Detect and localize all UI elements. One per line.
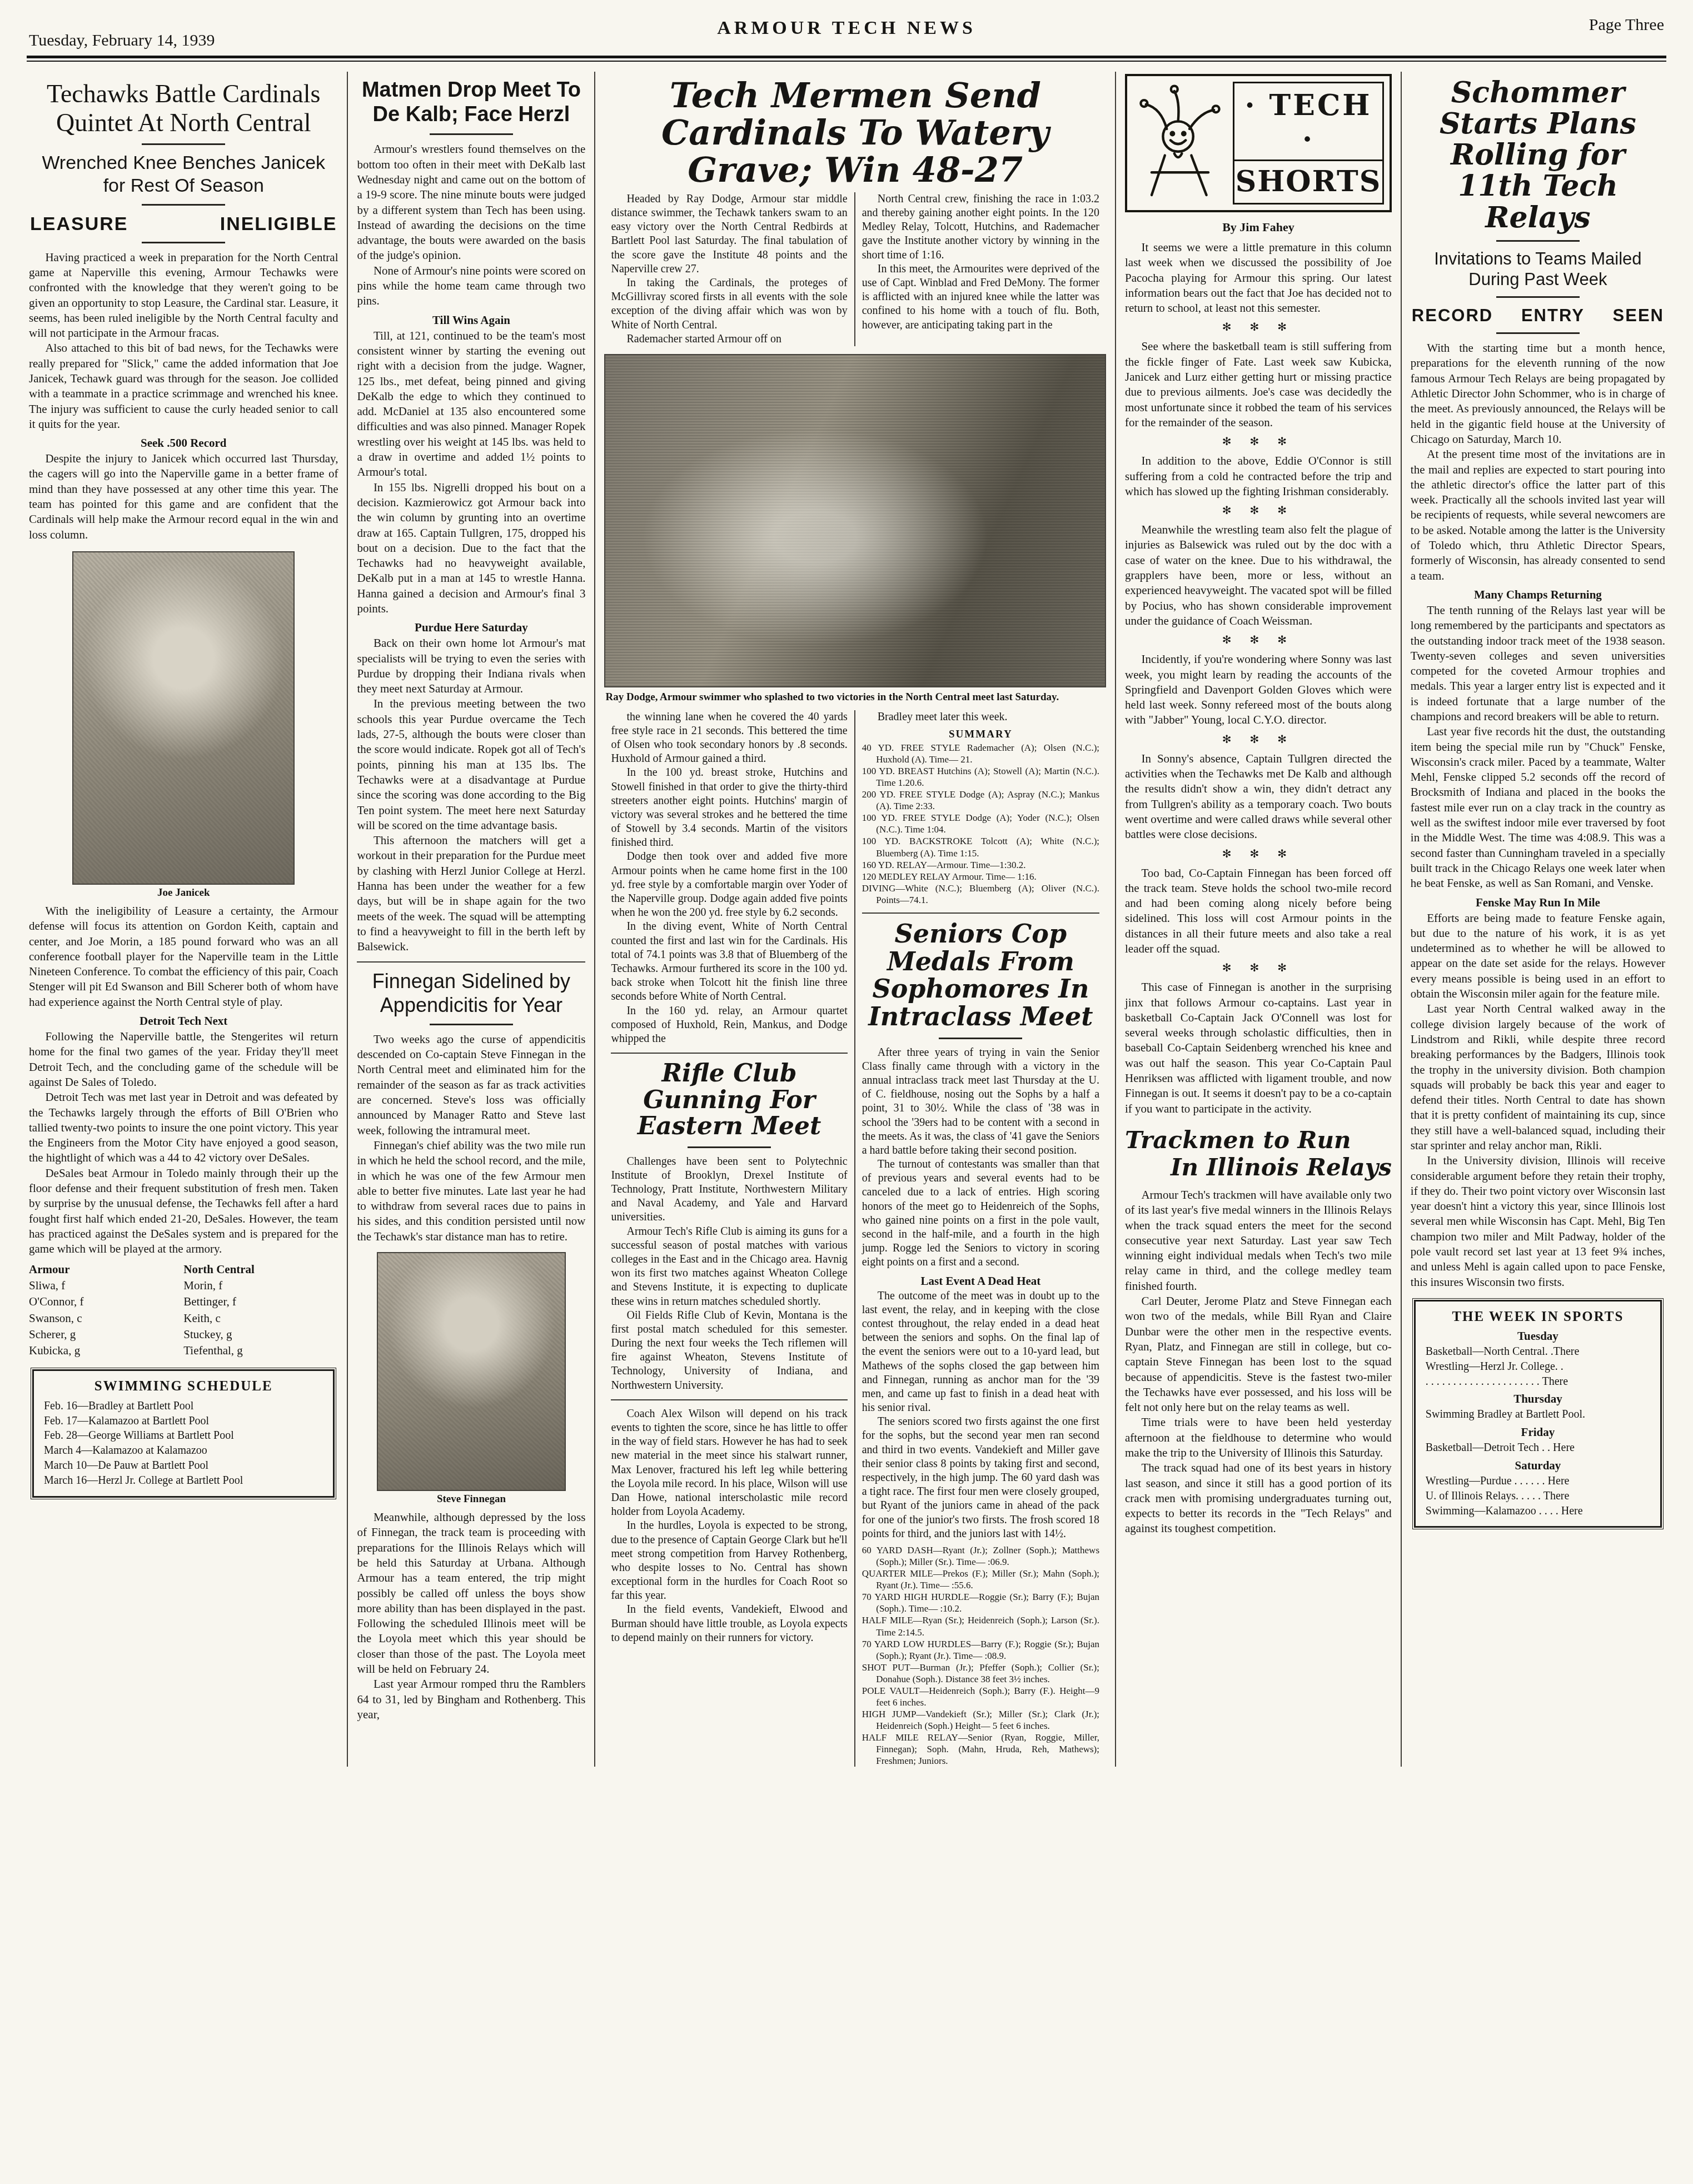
result-line: HALF MILE RELAY—Senior (Ryan, Roggie, Mi… xyxy=(862,1732,1099,1767)
lineup-home-header: Armour xyxy=(29,1261,183,1278)
swim-photo-caption: Ray Dodge, Armour swimmer who splashed t… xyxy=(605,691,1105,705)
paragraph: In the diving event, White of North Cent… xyxy=(611,920,847,1004)
basketball-body: Following the Naperville battle, the Ste… xyxy=(29,1029,338,1256)
paragraph: With the ineligibility of Leasure a cert… xyxy=(29,904,338,1010)
paragraph: The track squad had one of its best year… xyxy=(1125,1460,1392,1536)
paragraph: In the 160 yd. relay, an Armour quartet … xyxy=(611,1004,847,1046)
paragraph: Last year five records hit the dust, the… xyxy=(1411,724,1665,891)
rule xyxy=(142,242,225,243)
basketball-deck: Wrenched Knee Benches Janicek for Rest O… xyxy=(29,152,338,197)
shorts-body: It seems we were a little premature in t… xyxy=(1125,240,1392,1116)
trackmen-headline-line1: Trackmen to Run xyxy=(1125,1126,1392,1154)
lineup-row-cell: O'Connor, f xyxy=(29,1294,183,1310)
paragraph: The turnout of contestants was smaller t… xyxy=(862,1158,1099,1270)
lineup-row: Swanson, cKeith, c xyxy=(29,1310,338,1327)
week-line: Swimming Bradley at Bartlett Pool. xyxy=(1426,1407,1650,1422)
finnegan-headline: Finnegan Sidelined by Appendicitis for Y… xyxy=(357,969,585,1017)
result-line: SHOT PUT—Burman (Jr.); Pfeffer (Soph.); … xyxy=(862,1662,1099,1685)
column-wrestling: Matmen Drop Meet To De Kalb; Face Herzl … xyxy=(348,72,595,1767)
summary-line: 200 YD. FREE STYLE Dodge (A); Aspray (N.… xyxy=(862,789,1099,812)
week-day-label: Thursday xyxy=(1426,1392,1650,1406)
paragraph: None of Armour's nine points were scored… xyxy=(357,263,585,309)
page-number: Page Three xyxy=(1589,16,1664,34)
lineup-row-cell: Stuckey, g xyxy=(183,1327,338,1343)
paragraph: With the starting time but a month hence… xyxy=(1411,341,1665,447)
janicek-photo-caption: Joe Janicek xyxy=(29,887,338,899)
section-separator: ✻ ✻ ✻ xyxy=(1125,633,1392,647)
shorts-item: Meanwhile the wrestling team also felt t… xyxy=(1125,522,1392,629)
rule xyxy=(611,1053,847,1054)
finnegan-body: Two weeks ago the curse of appendicitis … xyxy=(357,1032,585,1244)
matmen-body: Armour's wrestlers found themselves on t… xyxy=(357,142,585,308)
paragraph: Armour Tech's trackmen will have availab… xyxy=(1125,1188,1392,1294)
rule xyxy=(142,143,225,145)
trackmen-headline-line2: In Illinois Relays xyxy=(1125,1154,1392,1181)
schommer-kicker: RECORD ENTRY SEEN xyxy=(1412,306,1664,326)
finnegan-photo xyxy=(377,1252,566,1491)
shorts-item: Incidently, if you're wondering where So… xyxy=(1125,652,1392,727)
swim-summary: 40 YD. FREE STYLE Rademacher (A); Olsen … xyxy=(862,742,1099,906)
paragraph: This afternoon the matchers will get a w… xyxy=(357,833,585,954)
shorts-item: Too bad, Co-Captain Finnegan has been fo… xyxy=(1125,866,1392,957)
basketball-headline: Techawks Battle Cardinals Quintet At Nor… xyxy=(29,79,338,137)
schommer-headline: Schommer Starts Plans Rolling for 11th T… xyxy=(1411,77,1665,233)
crosshead: Many Champs Returning xyxy=(1411,588,1665,602)
schedule-item: March 4—Kalamazoo at Kalamazoo xyxy=(44,1443,323,1458)
paragraph: In 155 lbs. Nigrelli dropped his bout on… xyxy=(357,480,585,617)
rule xyxy=(430,133,513,135)
paragraph: After three years of trying in vain the … xyxy=(862,1046,1099,1158)
finnegan-body: Meanwhile, although depressed by the los… xyxy=(357,1510,585,1722)
basketball-kicker: LEASURE INELIGIBLE xyxy=(30,213,337,235)
paragraph: Last year Armour romped thru the Rambler… xyxy=(357,1677,585,1722)
paragraph: Carl Deuter, Jerome Platz and Steve Finn… xyxy=(1125,1294,1392,1415)
paragraph: Detroit Tech was met last year in Detroi… xyxy=(29,1090,338,1165)
schommer-body: The tenth running of the Relays last yea… xyxy=(1411,603,1665,891)
schedule-item: Feb. 28—George Williams at Bartlett Pool xyxy=(44,1428,323,1443)
summary-line: 40 YD. FREE STYLE Rademacher (A); Olsen … xyxy=(862,742,1099,765)
paragraph: In the University division, Illinois wil… xyxy=(1411,1153,1665,1290)
shorts-item: It seems we were a little premature in t… xyxy=(1125,240,1392,316)
paragraph: Also attached to this bit of bad news, f… xyxy=(29,341,338,432)
mermen-col-left: Headed by Ray Dodge, Armour star middle … xyxy=(604,192,855,346)
lineup-row: Kubicka, gTiefenthal, g xyxy=(29,1343,338,1359)
result-line: HALF MILE—Ryan (Sr.); Heidenreich (Soph.… xyxy=(862,1614,1099,1638)
paragraph: Armour Tech's Rifle Club is aiming its g… xyxy=(611,1225,847,1309)
shorts-item: This case of Finnegan is another in the … xyxy=(1125,980,1392,1116)
paragraph: the winning lane when he covered the 40 … xyxy=(611,710,847,766)
paragraph: DeSales beat Armour in Toledo mainly thr… xyxy=(29,1166,338,1257)
paragraph: In taking the Cardinals, the proteges of… xyxy=(611,276,847,332)
crosshead: Till Wins Again xyxy=(357,313,585,327)
schedule-item: Feb. 17—Kalamazoo at Bartlett Pool xyxy=(44,1414,323,1429)
crosshead: Detroit Tech Next xyxy=(29,1014,338,1028)
crosshead: Seek .500 Record xyxy=(29,436,338,450)
result-line: 70 YARD HIGH HURDLE—Roggie (Sr.); Barry … xyxy=(862,1591,1099,1614)
intraclass-results: 60 YARD DASH—Ryant (Jr.); Zollner (Soph.… xyxy=(862,1544,1099,1767)
result-line: HIGH JUMP—Vandekieft (Sr.); Miller (Sr.)… xyxy=(862,1708,1099,1732)
week-day-label: Friday xyxy=(1426,1425,1650,1439)
summary-line: 100 YD. BACKSTROKE Tolcott (A); White (N… xyxy=(862,835,1099,859)
rule xyxy=(939,1038,1022,1039)
mermen-body: the winning lane when he covered the 40 … xyxy=(611,710,847,1046)
lineup-row-cell: Tiefenthal, g xyxy=(183,1343,338,1359)
week-line: Wrestling—Purdue . . . . . . Here xyxy=(1426,1474,1650,1489)
basketball-body: Despite the injury to Janicek which occu… xyxy=(29,451,338,542)
rule xyxy=(430,1024,513,1025)
week-in-sports-title: THE WEEK IN SPORTS xyxy=(1426,1309,1650,1325)
paragraph: Despite the injury to Janicek which occu… xyxy=(29,451,338,542)
section-separator: ✻ ✻ ✻ xyxy=(1125,320,1392,335)
week-day-lines: Wrestling—Purdue . . . . . . HereU. of I… xyxy=(1426,1474,1650,1518)
week-line: Basketball—Detroit Tech . . Here xyxy=(1426,1440,1650,1455)
summary-line: 100 YD. BREAST Hutchins (A); Stowell (A)… xyxy=(862,765,1099,789)
paragraph: In this meet, the Armourites were depriv… xyxy=(862,262,1099,332)
seniors-body: The outcome of the meet was in doubt up … xyxy=(862,1289,1099,1541)
week-day-lines: Swimming Bradley at Bartlett Pool. xyxy=(1426,1407,1650,1422)
tech-shorts-title-bottom: SHORTS xyxy=(1234,161,1382,202)
tech-shorts-title-frame: · TECH · SHORTS xyxy=(1233,82,1384,205)
schommer-deck: Invitations to Teams Mailed During Past … xyxy=(1411,248,1665,290)
shorts-item: In Sonny's absence, Captain Tullgren dir… xyxy=(1125,751,1392,842)
paragraph: The tenth running of the Relays last yea… xyxy=(1411,603,1665,724)
basketball-body: Having practiced a week in preparation f… xyxy=(29,250,338,432)
lineup-row: O'Connor, fBettinger, f xyxy=(29,1294,338,1310)
column-relays: Schommer Starts Plans Rolling for 11th T… xyxy=(1402,72,1666,1767)
column-tech-shorts: · TECH · SHORTS By Jim Fahey It seems we… xyxy=(1116,72,1402,1767)
shorts-item: See where the basketball team is still s… xyxy=(1125,339,1392,430)
jester-icon xyxy=(1133,82,1227,205)
paragraph: Armour's wrestlers found themselves on t… xyxy=(357,142,585,263)
trackmen-body: Armour Tech's trackmen will have availab… xyxy=(1125,1188,1392,1537)
lineup-rows: Sliwa, fMorin, fO'Connor, fBettinger, fS… xyxy=(29,1278,338,1359)
column-swimming-feature: Tech Mermen Send Cardinals To Watery Gra… xyxy=(595,72,1116,1767)
paragraph: Coach Alex Wilson will depend on his tra… xyxy=(611,1407,847,1519)
matmen-body: Till, at 121, continued to be the team's… xyxy=(357,328,585,617)
week-day-lines: Basketball—Detroit Tech . . Here xyxy=(1426,1440,1650,1455)
rule xyxy=(1496,296,1580,298)
summary-line: 120 MEDLEY RELAY Armour. Time— 1:16. xyxy=(862,871,1099,882)
rifle-headline: Rifle Club Gunning For Eastern Meet xyxy=(611,1060,847,1140)
paragraph: In the field events, Vandekieft, Elwood … xyxy=(611,1603,847,1645)
lineup-row-cell: Bettinger, f xyxy=(183,1294,338,1310)
seniors-body: After three years of trying in vain the … xyxy=(862,1046,1099,1270)
newspaper-page: Tuesday, February 14, 1939 ARMOUR TECH N… xyxy=(0,0,1693,2184)
week-day-label: Tuesday xyxy=(1426,1329,1650,1343)
section-separator: ✻ ✻ ✻ xyxy=(1125,847,1392,861)
section-separator: ✻ ✻ ✻ xyxy=(1125,435,1392,449)
masthead-title: ARMOUR TECH NEWS xyxy=(27,18,1666,39)
section-separator: ✻ ✻ ✻ xyxy=(1125,961,1392,975)
tech-shorts-box: · TECH · SHORTS xyxy=(1125,74,1392,212)
crosshead: Fenske May Run In Mile xyxy=(1411,896,1665,910)
shorts-item: In addition to the above, Eddie O'Connor… xyxy=(1125,453,1392,499)
janicek-photo xyxy=(72,551,295,885)
paragraph: The seniors scored two firsts against th… xyxy=(862,1415,1099,1541)
rule xyxy=(611,1399,847,1400)
paragraph: Meanwhile, although depressed by the los… xyxy=(357,1510,585,1677)
lineup-row-cell: Swanson, c xyxy=(29,1310,183,1327)
result-line: 70 YARD LOW HURDLES—Barry (F.); Roggie (… xyxy=(862,1638,1099,1662)
result-line: 60 YARD DASH—Ryant (Jr.); Zollner (Soph.… xyxy=(862,1544,1099,1568)
column-basketball: Techawks Battle Cardinals Quintet At Nor… xyxy=(27,72,348,1767)
schedule-item: March 16—Herzl Jr. College at Bartlett P… xyxy=(44,1473,323,1488)
summary-line: 100 YD. FREE STYLE Dodge (A); Yoder (N.C… xyxy=(862,812,1099,835)
rule xyxy=(688,1146,771,1148)
paragraph: Time trials were to have been held yeste… xyxy=(1125,1415,1392,1460)
week-day-label: Saturday xyxy=(1426,1459,1650,1473)
swim-meet-photo xyxy=(604,354,1106,687)
summary-line: 160 YD. RELAY—Armour. Time—1:30.2. xyxy=(862,859,1099,871)
lineup-row: Scherer, gStuckey, g xyxy=(29,1327,338,1343)
kicker-word: ENTRY xyxy=(1521,306,1585,326)
shorts-byline: By Jim Fahey xyxy=(1125,220,1392,235)
paragraph: Having practiced a week in preparation f… xyxy=(29,250,338,341)
paragraph: Efforts are being made to feature Fenske… xyxy=(1411,911,1665,1002)
week-day-lines: Basketball—North Central. .ThereWrestlin… xyxy=(1426,1344,1650,1389)
lineup-away-header: North Central xyxy=(183,1261,338,1278)
week-line: U. of Illinois Relays. . . . . There xyxy=(1426,1489,1650,1504)
matmen-headline: Matmen Drop Meet To De Kalb; Face Herzl xyxy=(357,78,585,127)
paragraph: In the previous meeting between the two … xyxy=(357,696,585,833)
lineup-row-cell: Morin, f xyxy=(183,1278,338,1294)
swimming-schedule-box: SWIMMING SCHEDULE Feb. 16—Bradley at Bar… xyxy=(32,1369,335,1498)
swimming-schedule-title: SWIMMING SCHEDULE xyxy=(44,1379,323,1394)
header-rule xyxy=(27,56,1666,62)
paragraph: Rademacher started Armour off on xyxy=(611,332,847,346)
result-line: QUARTER MILE—Prekos (F.); Miller (Sr.); … xyxy=(862,1568,1099,1591)
paragraph: Oil Fields Rifle Club of Kevin, Montana … xyxy=(611,1309,847,1393)
summary-title: SUMMARY xyxy=(862,729,1099,741)
kicker-word: INELIGIBLE xyxy=(220,213,337,235)
paragraph: In the hurdles, Loyola is expected to be… xyxy=(611,1519,847,1603)
rule xyxy=(1496,332,1580,334)
paragraph: The outcome of the meet was in doubt up … xyxy=(862,1289,1099,1415)
rule xyxy=(1496,240,1580,242)
paragraph: North Central crew, finishing the race i… xyxy=(862,192,1099,262)
mermen-col-right: North Central crew, finishing the race i… xyxy=(855,192,1106,346)
week-in-sports-box: THE WEEK IN SPORTS Tuesday Basketball—No… xyxy=(1414,1300,1662,1528)
paragraph: Finnegan's chief ability was the two mil… xyxy=(357,1138,585,1244)
crosshead: Last Event A Dead Heat xyxy=(862,1274,1099,1288)
paragraph: At the present time most of the invitati… xyxy=(1411,447,1665,584)
lineup-row-cell: Keith, c xyxy=(183,1310,338,1327)
week-line: Wrestling—Herzl Jr. College. . xyxy=(1426,1359,1650,1374)
lineup-table: Armour North Central xyxy=(29,1261,338,1278)
paragraph: Last year North Central walked away in t… xyxy=(1411,1001,1665,1153)
schedule-item: March 10—De Pauw at Bartlett Pool xyxy=(44,1458,323,1473)
paragraph: Two weeks ago the curse of appendicitis … xyxy=(357,1032,585,1138)
rule xyxy=(357,961,585,963)
paragraph: Dodge then took over and added five more… xyxy=(611,850,847,920)
section-separator: ✻ ✻ ✻ xyxy=(1125,732,1392,747)
basketball-body: With the ineligibility of Leasure a cert… xyxy=(29,904,338,1010)
schommer-body: Efforts are being made to feature Fenske… xyxy=(1411,911,1665,1290)
mermen-headline: Tech Mermen Send Cardinals To Watery Gra… xyxy=(604,77,1106,189)
matmen-body: Back on their own home lot Armour's mat … xyxy=(357,636,585,954)
finnegan-photo-caption: Steve Finnegan xyxy=(357,1493,585,1505)
lineup-row-cell: Scherer, g xyxy=(29,1327,183,1343)
rule xyxy=(862,913,1099,914)
section-separator: ✻ ✻ ✻ xyxy=(1125,503,1392,518)
kicker-word: LEASURE xyxy=(30,213,128,235)
kicker-word: SEEN xyxy=(1613,306,1664,326)
paragraph: Headed by Ray Dodge, Armour star middle … xyxy=(611,192,847,276)
paragraph: Till, at 121, continued to be the team's… xyxy=(357,328,585,480)
schommer-body: With the starting time but a month hence… xyxy=(1411,341,1665,584)
kicker-word: RECORD xyxy=(1412,306,1493,326)
rule xyxy=(142,204,225,206)
crosshead: Purdue Here Saturday xyxy=(357,621,585,635)
week-line: . . . . . . . . . . . . . . . . . . . . … xyxy=(1426,1374,1650,1389)
paragraph: Bradley meet later this week. xyxy=(862,710,1099,724)
summary-line: DIVING—White (N.C.); Bluemberg (A); Oliv… xyxy=(862,882,1099,906)
page-header: Tuesday, February 14, 1939 ARMOUR TECH N… xyxy=(27,14,1666,50)
seniors-headline: Seniors Cop Medals From Sophomores In In… xyxy=(862,920,1099,1031)
week-line: Basketball—North Central. .There xyxy=(1426,1344,1650,1359)
lineup-row-cell: Kubicka, g xyxy=(29,1343,183,1359)
rifle-body: Challenges have been sent to Polytechnic… xyxy=(611,1155,847,1393)
week-line: Swimming—Kalamazoo . . . . Here xyxy=(1426,1504,1650,1519)
paragraph: In the 100 yd. breast stroke, Hutchins a… xyxy=(611,766,847,850)
lineup-row-cell: Sliwa, f xyxy=(29,1278,183,1294)
paragraph: Following the Naperville battle, the Ste… xyxy=(29,1029,338,1090)
loyola-preview-body: Coach Alex Wilson will depend on his tra… xyxy=(611,1407,847,1645)
result-line: POLE VAULT—Heidenreich (Soph.); Barry (F… xyxy=(862,1685,1099,1708)
mermen-lower-right: Bradley meet later this week. SUMMARY 40… xyxy=(855,710,1106,1767)
swimming-schedule-list: Feb. 16—Bradley at Bartlett PoolFeb. 17—… xyxy=(44,1399,323,1488)
mermen-lower-left: the winning lane when he covered the 40 … xyxy=(604,710,855,1767)
paragraph: Back on their own home lot Armour's mat … xyxy=(357,636,585,696)
lineup-row: Sliwa, fMorin, f xyxy=(29,1278,338,1294)
schedule-item: Feb. 16—Bradley at Bartlett Pool xyxy=(44,1399,323,1414)
paragraph: Challenges have been sent to Polytechnic… xyxy=(611,1155,847,1225)
tech-shorts-title-top: · TECH · xyxy=(1234,85,1382,161)
